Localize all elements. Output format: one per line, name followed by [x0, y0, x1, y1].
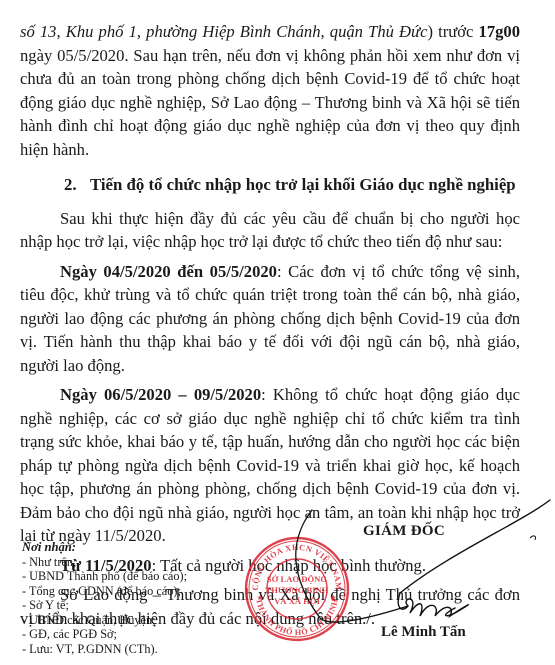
schedule-item: Ngày 04/5/2020 đến 05/5/2020: Các đơn vị…	[20, 260, 520, 378]
signer-name: Lê Minh Tấn	[381, 624, 466, 641]
section-number: 2.	[64, 173, 90, 197]
recipients-title: Nơi nhận:	[22, 540, 187, 555]
handwritten-signature-icon	[250, 498, 555, 638]
deadline-time: 17g00	[479, 22, 520, 41]
address-text: số 13, Khu phố 1, phường Hiệp Bình Chánh…	[20, 22, 427, 41]
recipient-item: - Sở Y tế;	[22, 598, 187, 613]
section-heading: 2.Tiến độ tổ chức nhập học trở lại khối …	[64, 173, 520, 197]
recipient-item: - GĐ, các PGĐ Sở;	[22, 627, 187, 642]
schedule-period: Ngày 04/5/2020 đến 05/5/2020	[60, 262, 277, 281]
section-title: Tiến độ tổ chức nhập học trở lại khối Gi…	[90, 175, 516, 194]
recipient-item: - UBND Thành phố (để báo cáo);	[22, 569, 187, 584]
paragraph-intro: Sau khi thực hiện đầy đủ các yêu cầu để …	[20, 207, 520, 254]
recipient-item: - Lưu: VT, P.GDNN (CTh).	[22, 642, 187, 657]
paragraph-deadline: số 13, Khu phố 1, phường Hiệp Bình Chánh…	[20, 20, 520, 161]
recipients-list: Nơi nhận: - Như trên; - UBND Thành phố (…	[22, 540, 187, 656]
recipient-item: - UBND các Quận, Huyện;	[22, 613, 187, 628]
recipient-item: - Như trên;	[22, 555, 187, 570]
recipient-item: - Tổng cục GDNN (để báo cáo);	[22, 584, 187, 599]
schedule-period: Ngày 06/5/2020 – 09/5/2020	[60, 385, 261, 404]
